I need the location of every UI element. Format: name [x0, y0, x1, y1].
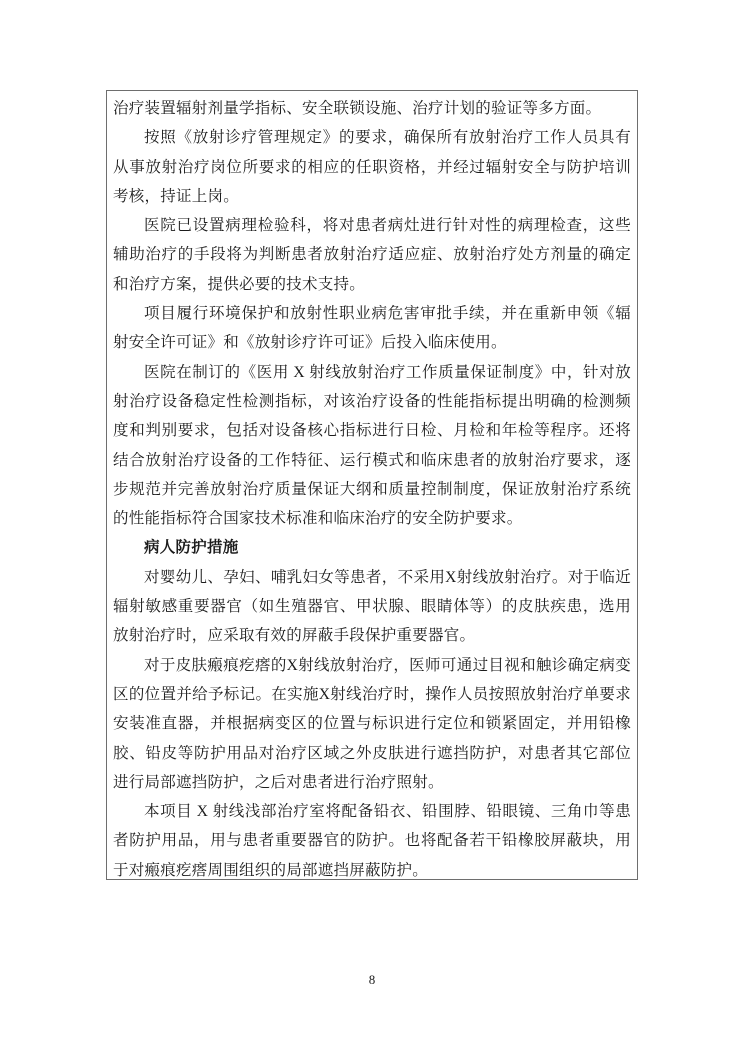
paragraph: 对于皮肤瘢痕疙瘩的X射线放射治疗，医师可通过目视和触诊确定病变区的位置并给予标记…	[113, 651, 631, 797]
content-border-box: 治疗装置辐射剂量学指标、安全联锁设施、治疗计划的验证等多方面。 按照《放射诊疗管…	[106, 90, 638, 880]
paragraph: 项目履行环境保护和放射性职业病危害审批手续，并在重新申领《辐射安全许可证》和《放…	[113, 299, 631, 358]
paragraph: 本项目 X 射线浅部治疗室将配备铅衣、铅围脖、铅眼镜、三角巾等患者防护用品，用与…	[113, 797, 631, 880]
page-number: 8	[0, 972, 744, 988]
paragraph-continuation: 治疗装置辐射剂量学指标、安全联锁设施、治疗计划的验证等多方面。	[113, 94, 631, 123]
paragraph: 按照《放射诊疗管理规定》的要求，确保所有放射治疗工作人员具有从事放射治疗岗位所要…	[113, 123, 631, 211]
section-heading: 病人防护措施	[113, 533, 631, 562]
paragraph: 医院在制订的《医用 X 射线放射治疗工作质量保证制度》中，针对放射治疗设备稳定性…	[113, 358, 631, 534]
paragraph: 医院已设置病理检验科，将对患者病灶进行针对性的病理检查，这些辅助治疗的手段将为判…	[113, 211, 631, 299]
paragraph: 对婴幼儿、孕妇、哺乳妇女等患者，不采用X射线放射治疗。对于临近辐射敏感重要器官（…	[113, 563, 631, 651]
